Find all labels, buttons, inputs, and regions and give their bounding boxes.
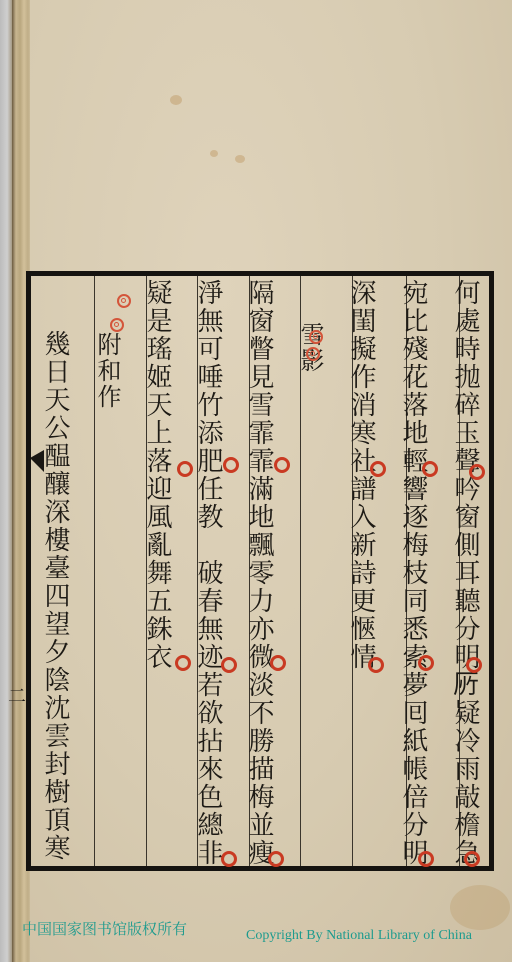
punctuation-circle	[177, 461, 193, 477]
text-column-6: 淨無可唾竹添肥任教𠞊破春無迹若欲拈來色總非	[193, 279, 223, 867]
punctuation-circle	[221, 851, 237, 867]
punctuation-circle	[268, 851, 284, 867]
text-column-7: 疑是瑤姬天上落迎風亂舞五銖衣	[142, 279, 172, 671]
punctuation-circle	[418, 655, 434, 671]
scanner-background	[0, 0, 12, 962]
punctuation-circle	[464, 851, 480, 867]
text-column-5: 隔窗瞥見雪霏霏滿地飄零力亦微淡不勝描梅並瘦	[244, 279, 274, 867]
double-circle-mark	[309, 330, 323, 344]
punctuation-circle	[370, 461, 386, 477]
foxing-stain	[235, 155, 245, 163]
punctuation-circle	[270, 655, 286, 671]
punctuation-circle	[422, 461, 438, 477]
double-circle-mark	[110, 318, 124, 332]
punctuation-circle	[175, 655, 191, 671]
copyright-watermark-chinese: 中国国家图书馆版权所有	[22, 918, 187, 939]
double-circle-mark	[117, 294, 131, 308]
text-column-1: 何處時抛碎玉聲吟窗側耳聽分明𠩄疑冷雨敲檐急	[450, 279, 480, 867]
punctuation-circle	[368, 657, 384, 673]
foxing-stain	[210, 150, 218, 157]
punctuation-circle	[274, 457, 290, 473]
punctuation-circle	[223, 457, 239, 473]
punctuation-circle	[469, 464, 485, 480]
text-column-9: 幾日天公醖釀深樓臺四望夕陰沈雲封樹頂寒	[40, 330, 70, 862]
double-circle-mark	[306, 347, 320, 361]
punctuation-circle	[418, 851, 434, 867]
punctuation-circle	[221, 657, 237, 673]
text-column-2: 宛比殘花落地輕響逐梅枝同悉索夢囘紙帳倍分明	[398, 279, 428, 867]
water-stain	[450, 885, 510, 930]
foxing-stain	[170, 95, 182, 105]
page-fold-number: 二	[2, 686, 28, 704]
copyright-watermark-english: Copyright By National Library of China	[246, 928, 472, 944]
punctuation-circle	[466, 657, 482, 673]
text-column-3: 深閨擬作消寒社譜入新詩更愜情	[346, 279, 376, 671]
poem-title-appended: 附和作	[92, 332, 122, 410]
